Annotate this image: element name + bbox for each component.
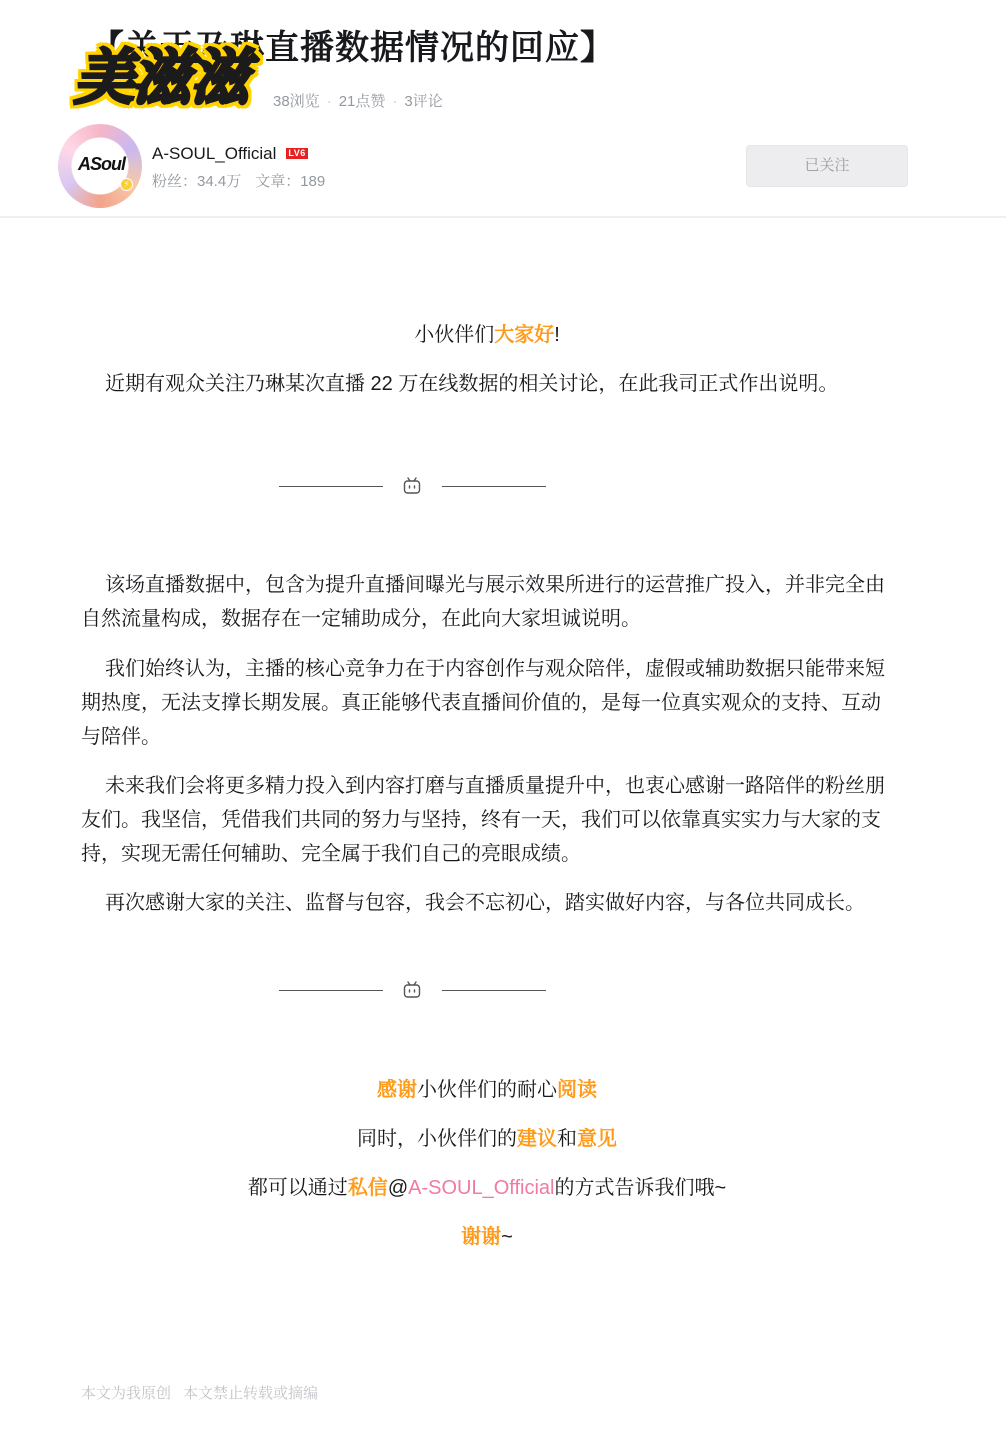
level-badge: LV6 (286, 148, 307, 159)
greeting-punct: ! (554, 324, 560, 346)
closing-line-2: 同时，小伙伴们的建议和意见 (81, 1122, 893, 1151)
avatar[interactable]: ASoul ⚡ (58, 124, 142, 208)
closing-text: 都可以通过 (248, 1177, 348, 1199)
author-card: ASoul ⚡ A-SOUL_Official LV6 粉丝：34.4万文章：1… (58, 124, 325, 208)
article-stats: 38浏览·21点赞·3评论 (273, 90, 443, 111)
section-divider (279, 476, 546, 496)
highlight-text: 感谢 (377, 1079, 417, 1101)
sticker-overlay: 美滋滋 (50, 36, 272, 120)
closing-line-3: 都可以通过私信@A-SOUL_Official的方式告诉我们哦~ (81, 1171, 893, 1200)
author-info: A-SOUL_Official LV6 粉丝：34.4万文章：189 (152, 142, 325, 191)
follow-button[interactable]: 已关注 (746, 145, 908, 187)
views-count: 38浏览 (273, 93, 320, 110)
at-symbol: @ (388, 1177, 408, 1199)
divider-line (442, 990, 546, 991)
bilibili-tv-icon (402, 980, 422, 1000)
verified-badge-icon: ⚡ (120, 178, 133, 191)
closing-text: 和 (557, 1128, 577, 1150)
paragraph-4: 再次感谢大家的关注、监督与包容，我会不忘初心，踏实做好内容，与各位共同成长。 (81, 886, 881, 920)
closing-text: 小伙伴们的耐心 (417, 1079, 557, 1101)
asoul-logo-icon: ASoul (78, 154, 125, 175)
closing-text: 的方式告诉我们哦~ (554, 1177, 726, 1199)
divider-line (279, 486, 383, 487)
author-name[interactable]: A-SOUL_Official (152, 144, 276, 164)
closing-line-1: 感谢小伙伴们的耐心阅读 (81, 1073, 893, 1102)
highlight-text: 意见 (577, 1128, 617, 1150)
divider-line (442, 486, 546, 487)
article-header: 【关于乃琳直播数据情况的回应】 美滋滋 38浏览·21点赞·3评论 ASoul … (0, 0, 1006, 218)
likes-count: 21点赞 (339, 93, 386, 110)
highlight-text: 阅读 (557, 1079, 597, 1101)
fans-count: 粉丝：34.4万 (152, 173, 241, 190)
intro-paragraph: 近期有观众关注乃琳某次直播 22 万在线数据的相关讨论，在此我司正式作出说明。 (81, 367, 893, 401)
author-name-row: A-SOUL_Official LV6 (152, 142, 325, 166)
original-notice: 本文为我原创 (81, 1385, 171, 1402)
paragraph-2: 我们始终认为，主播的核心竞争力在于内容创作与观众陪伴，虚假或辅助数据只能带来短期… (81, 652, 893, 754)
greeting-highlight: 大家好 (494, 324, 554, 346)
mention-link[interactable]: A-SOUL_Official (408, 1177, 554, 1199)
highlight-text: 私信 (348, 1177, 388, 1199)
greeting-line: 小伙伴们大家好! (81, 318, 893, 347)
separator: · (392, 93, 397, 110)
separator: · (327, 93, 332, 110)
highlight-text: 谢谢 (461, 1226, 501, 1248)
divider-line (279, 990, 383, 991)
greeting-text: 小伙伴们 (414, 324, 494, 346)
closing-line-4: 谢谢~ (81, 1220, 893, 1249)
closing-text: ~ (501, 1226, 513, 1248)
section-divider (279, 980, 546, 1000)
closing-text: 同时，小伙伴们的 (357, 1128, 517, 1150)
comments-count[interactable]: 3评论 (404, 93, 442, 110)
no-repost-notice: 本文禁止转载或摘编 (183, 1385, 318, 1402)
articles-count: 文章：189 (255, 173, 325, 190)
bilibili-tv-icon (402, 476, 422, 496)
paragraph-3: 未来我们会将更多精力投入到内容打磨与直播质量提升中，也衷心感谢一路陪伴的粉丝朋友… (81, 769, 893, 871)
author-stats: 粉丝：34.4万文章：189 (152, 170, 325, 191)
highlight-text: 建议 (517, 1128, 557, 1150)
paragraph-1: 该场直播数据中，包含为提升直播间曝光与展示效果所进行的运营推广投入，并非完全由自… (81, 568, 893, 636)
copyright-note: 本文为我原创本文禁止转载或摘编 (81, 1382, 318, 1403)
